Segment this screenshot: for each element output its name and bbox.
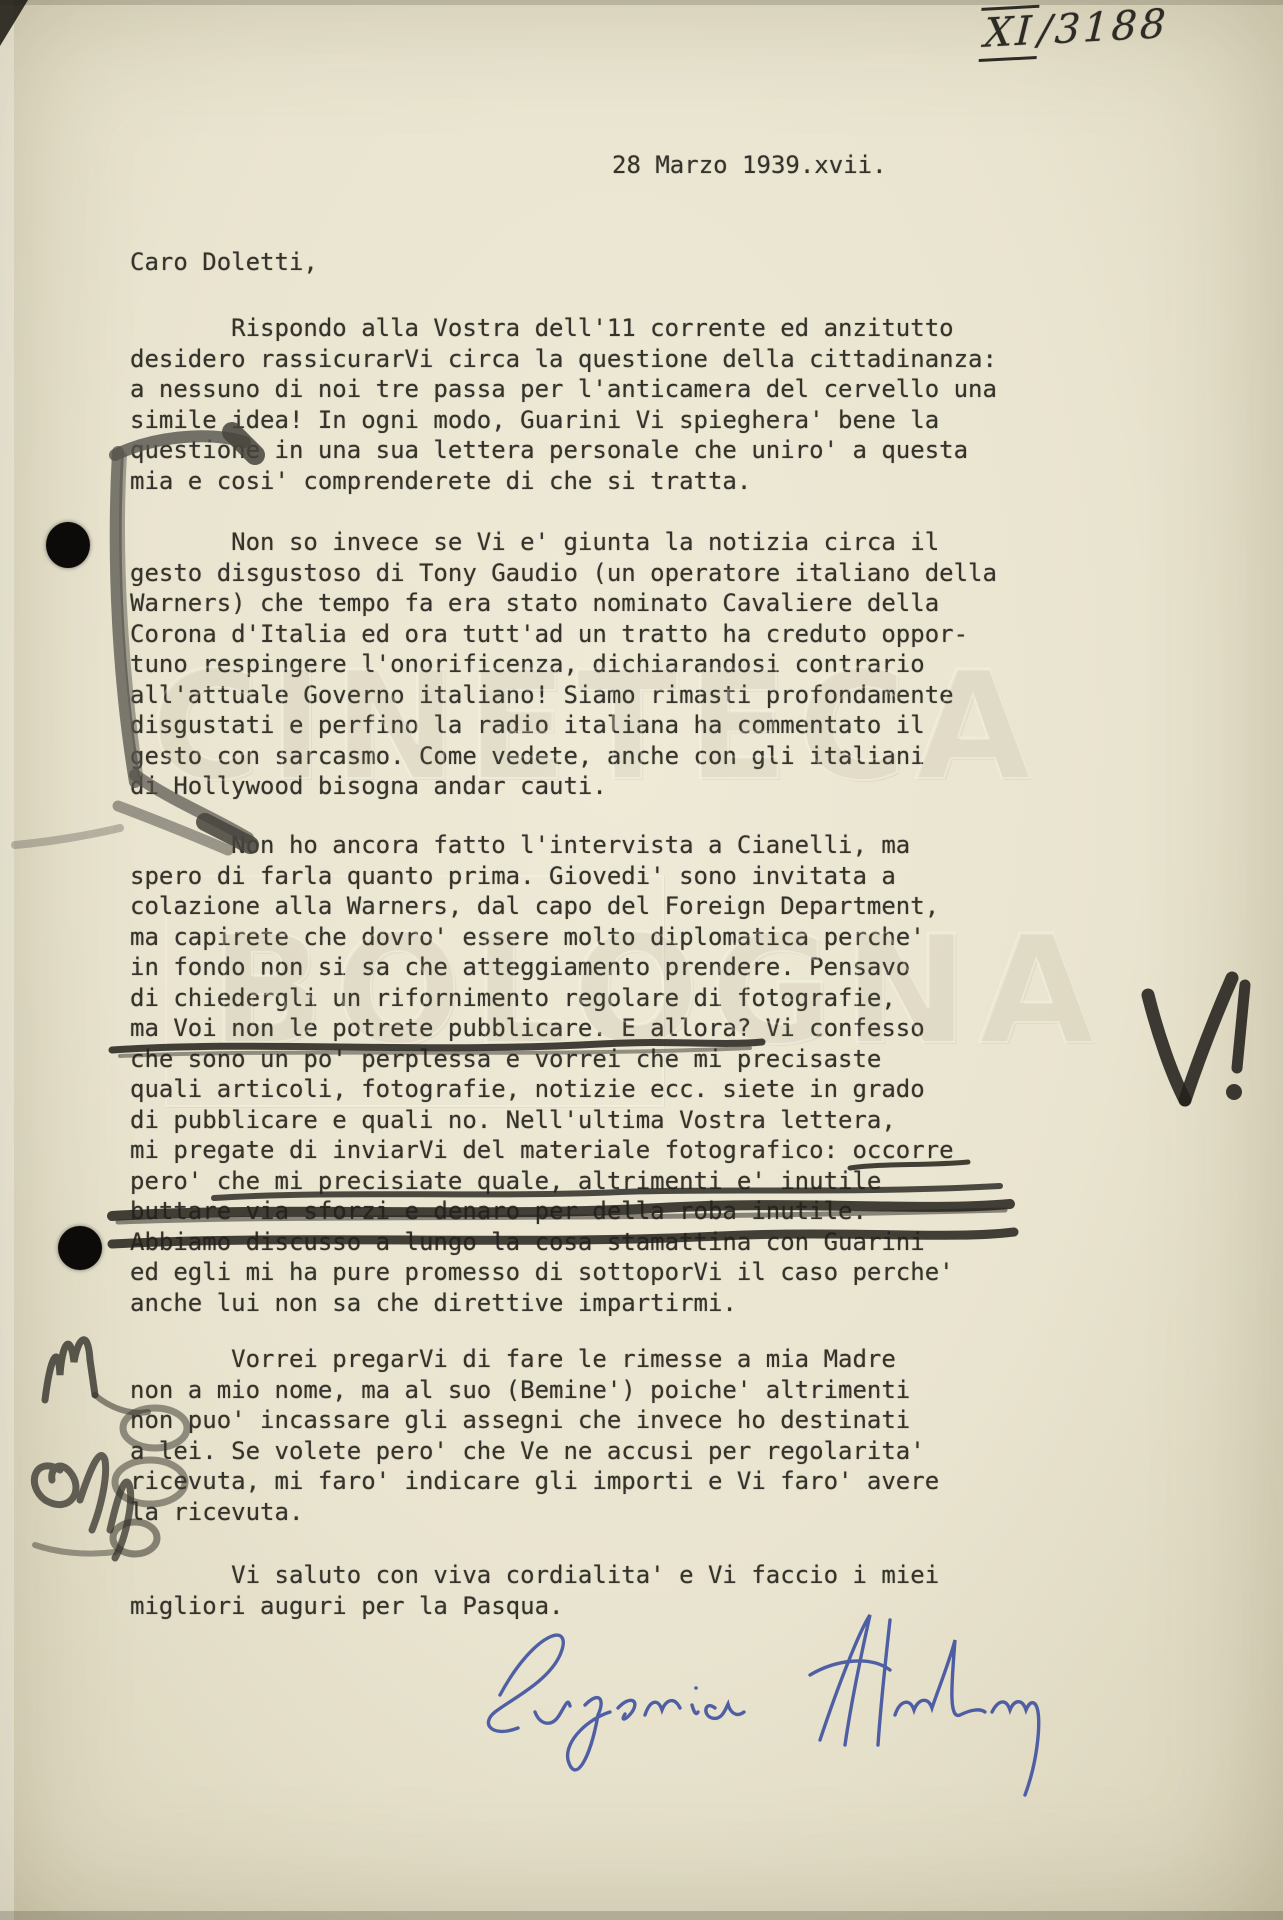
archive-number-digits: /3188: [1037, 1, 1170, 54]
margin-note-v-mark: [1148, 978, 1245, 1100]
scan-edge-left: [0, 0, 14, 1920]
letter-date: 28 Marzo 1939.xvii.: [612, 150, 887, 181]
signature: [440, 1600, 1060, 1810]
letter-paragraph-4: Vorrei pregarVi di fare le rimesse a mia…: [130, 1344, 939, 1527]
letter-paragraph-2: Non so invece se Vi e' giunta la notizia…: [130, 527, 997, 802]
archive-number-annotation: XI/3188: [979, 1, 1170, 57]
letter-paragraph-1: Rispondo alla Vostra dell'11 corrente ed…: [130, 313, 997, 496]
letter-page: CINETECA BOLOGNA XI/3188 28 Marzo 1939.x…: [0, 0, 1283, 1920]
scan-edge-bottom: [0, 1911, 1283, 1920]
scan-corner-mark: [0, 0, 28, 46]
punch-hole-top: [46, 522, 90, 568]
letter-salutation: Caro Doletti,: [130, 247, 318, 278]
punch-hole-bottom: [58, 1226, 102, 1270]
archive-number-roman: XI: [979, 5, 1040, 62]
letter-paragraph-3: Non ho ancora fatto l'intervista a Ciane…: [130, 830, 954, 1318]
letter-closing: Vi saluto con viva cordialita' e Vi facc…: [130, 1560, 939, 1621]
